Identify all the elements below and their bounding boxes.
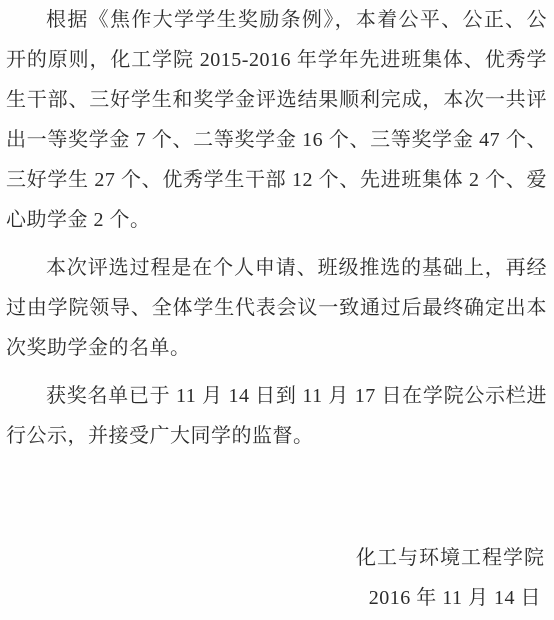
signature-department: 化工与环境工程学院	[356, 538, 545, 578]
paragraph-publicity-notice: 获奖名单已于 11 月 14 日到 11 月 17 日在学院公示栏进行公示，并接…	[6, 376, 547, 456]
signature-block: 化工与环境工程学院 2016 年 11 月 14 日	[356, 538, 545, 618]
paragraph-award-results: 根据《焦作大学学生奖励条例》，本着公平、公正、公开的原则，化工学院 2015-2…	[6, 0, 547, 240]
paragraph-selection-process: 本次评选过程是在个人申请、班级推选的基础上，再经过由学院领导、全体学生代表会议一…	[6, 248, 547, 368]
signature-date: 2016 年 11 月 14 日	[356, 578, 545, 618]
notice-document: 根据《焦作大学学生奖励条例》，本着公平、公正、公开的原则，化工学院 2015-2…	[0, 0, 554, 620]
